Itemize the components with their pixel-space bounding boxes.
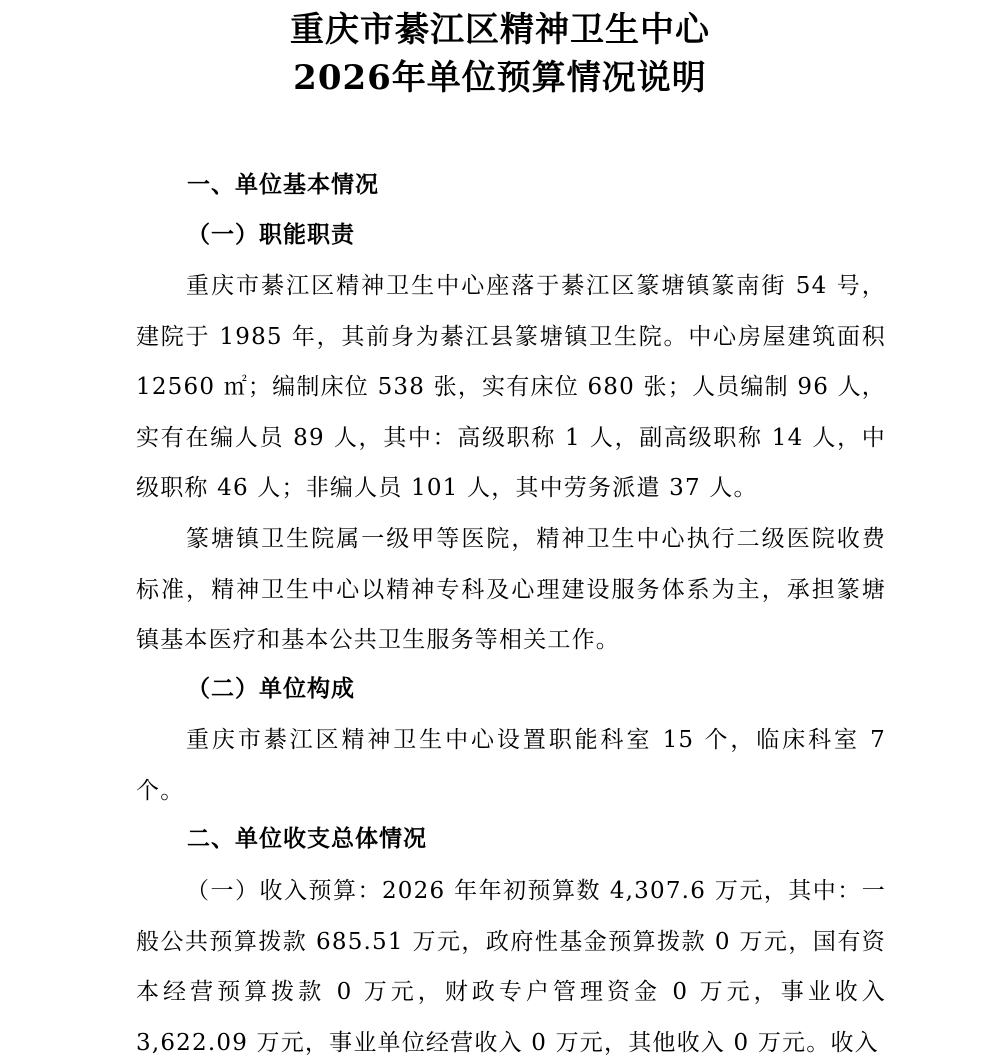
document-title-line-2: 2026年单位预算情况说明 bbox=[0, 58, 1000, 98]
paragraph-income-budget: （一）收入预算：2026 年年初预算数 4,307.6 万元，其中：一般公共预算… bbox=[136, 866, 886, 1064]
section-heading-budget-overview: 二、单位收支总体情况 bbox=[187, 824, 427, 854]
subsection-heading-composition: （二）单位构成 bbox=[187, 674, 355, 704]
subsection-heading-functions: （一）职能职责 bbox=[187, 220, 355, 250]
document-page: 重庆市綦江区精神卫生中心 2026年单位预算情况说明 一、单位基本情况 （一）职… bbox=[0, 0, 1000, 1064]
document-title-line-1: 重庆市綦江区精神卫生中心 bbox=[0, 10, 1000, 50]
paragraph-functions-2: 篆塘镇卫生院属一级甲等医院，精神卫生中心执行二级医院收费标准，精神卫生中心以精神… bbox=[136, 514, 886, 666]
paragraph-functions-1: 重庆市綦江区精神卫生中心座落于綦江区篆塘镇篆南街 54 号，建院于 1985 年… bbox=[136, 261, 886, 514]
paragraph-composition: 重庆市綦江区精神卫生中心设置职能科室 15 个，临床科室 7 个。 bbox=[136, 715, 886, 816]
section-heading-basic-info: 一、单位基本情况 bbox=[187, 170, 379, 200]
